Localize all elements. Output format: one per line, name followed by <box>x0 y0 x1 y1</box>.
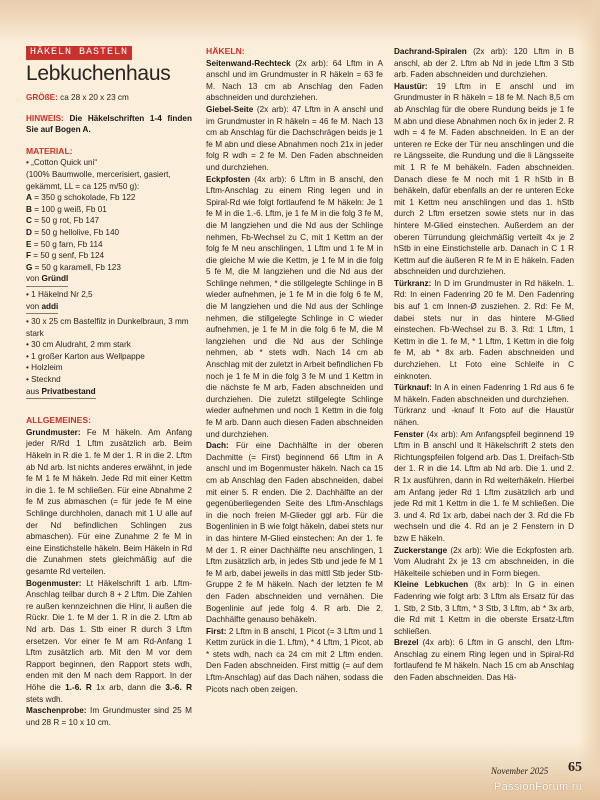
extra-item: 30 x 25 cm Bastelfilz in Dunkelbraun, 3 … <box>26 316 192 339</box>
issue-date: November 2025 <box>491 766 548 776</box>
dachrand-paragraph: Dachrand-Spiralen (2x arb): 120 Lftm in … <box>394 46 574 81</box>
zuckerstange-paragraph: Zuckerstange (2x arb): Wie die Eckpfoste… <box>394 545 574 580</box>
supplier-addi: von addi <box>26 301 58 315</box>
bogenmuster-paragraph: Bogenmuster: Lt Häkelschrift 1 arb. Lftm… <box>26 578 192 706</box>
color-item: B = 100 g weiß, Fb 01 <box>26 204 192 216</box>
column-middle: HÄKELN: Seitenwand-Rechteck (2x arb): 64… <box>206 46 383 695</box>
extra-item: 1 großer Karton aus Wellpappe <box>26 351 192 363</box>
color-item: E = 50 g farn, Fb 114 <box>26 239 192 251</box>
hook-item: 1 Häkelnd Nr 2,5 <box>26 289 192 301</box>
color-item: G = 50 g karamell, Fb 123 <box>26 262 192 274</box>
color-item: F = 50 g senf, Fb 124 <box>26 250 192 262</box>
section-tag: HÄKELN BASTELN <box>26 46 132 60</box>
supplier-gruendl: von Gründl <box>26 273 68 287</box>
page-title: Lebkuchenhaus <box>26 62 192 86</box>
material-heading: MATERIAL: <box>26 146 192 158</box>
hint-line: HINWEIS: Die Häkelschriften 1-4 finden S… <box>26 113 192 136</box>
eckpfosten-paragraph: Eckpfosten (4x arb): 6 Lftm in B anschl,… <box>206 174 383 441</box>
grundmuster-paragraph: Grundmuster: Fe M häkeln. Am Anfang jede… <box>26 427 192 578</box>
first-paragraph: First: 2 Lftm in B anschl, 1 Picot (= 3 … <box>206 626 383 696</box>
color-item: D = 50 g hellolive, Fb 140 <box>26 227 192 239</box>
watermark: PassionForum.ru <box>494 781 582 793</box>
column-right: Dachrand-Spiralen (2x arb): 120 Lftm in … <box>394 46 574 684</box>
yarn-description: (100% Baumwolle, mercerisiert, gasiert, … <box>26 169 192 192</box>
seitenwand-paragraph: Seitenwand-Rechteck (2x arb): 64 Lftm in… <box>206 58 383 104</box>
supplier-privatbestand: aus Privatbestand <box>26 386 96 400</box>
material-list: „Cotton Quick uni“ (100% Baumwolle, merc… <box>26 157 192 401</box>
tuerkranz-paragraph: Türkranz: In D im Grundmuster in Rd häke… <box>394 278 574 382</box>
haustuer-paragraph: Haustür: 19 Lftm in E anschl und im Grun… <box>394 81 574 278</box>
color-item: C = 50 g rot, Fb 147 <box>26 215 192 227</box>
crochet-heading: HÄKELN: <box>206 46 383 58</box>
general-heading: ALLGEMEINES: <box>26 415 192 427</box>
fenster-paragraph: Fenster (4x arb): Am Anfangspfeil beginn… <box>394 429 574 545</box>
size-label: GRÖßE: <box>26 93 58 102</box>
tuerknauf-paragraph: Türknauf: In A in einen Fadenring 1 Rd a… <box>394 382 574 405</box>
page-number: 65 <box>568 760 582 776</box>
size-value: ca 28 x 20 x 23 cm <box>60 93 129 102</box>
giebel-paragraph: Giebel-Seite (2x arb): 47 Lftm in A ansc… <box>206 104 383 174</box>
yarn-name: „Cotton Quick uni“ <box>26 157 192 169</box>
size-line: GRÖßE: ca 28 x 20 x 23 cm <box>26 92 192 104</box>
extra-item: Holzleim <box>26 362 192 374</box>
extra-item: 30 cm Aludraht, 2 mm stark <box>26 339 192 351</box>
column-left: HÄKELN BASTELN Lebkuchenhaus GRÖßE: ca 2… <box>26 46 192 728</box>
magazine-page: HÄKELN BASTELN Lebkuchenhaus GRÖßE: ca 2… <box>0 0 600 800</box>
color-item: A = 350 g schokolade, Fb 122 <box>26 192 192 204</box>
dach-paragraph: Dach: Für eine Dachhälfte in der oberen … <box>206 440 383 626</box>
hint-label: HINWEIS: <box>26 114 64 123</box>
brezel-paragraph: Brezel (4x arb): 6 Lftm in G anschl, den… <box>394 637 574 683</box>
extra-item: Stecknd <box>26 374 192 386</box>
tuerkranz-knauf-paragraph: Türkranz und -knauf lt Foto auf die Haus… <box>394 405 574 428</box>
lebkuchen-paragraph: Kleine Lebkuchen (8x arb): In G in einen… <box>394 579 574 637</box>
maschenprobe-paragraph: Maschenprobe: Im Grundmuster sind 25 M u… <box>26 705 192 728</box>
